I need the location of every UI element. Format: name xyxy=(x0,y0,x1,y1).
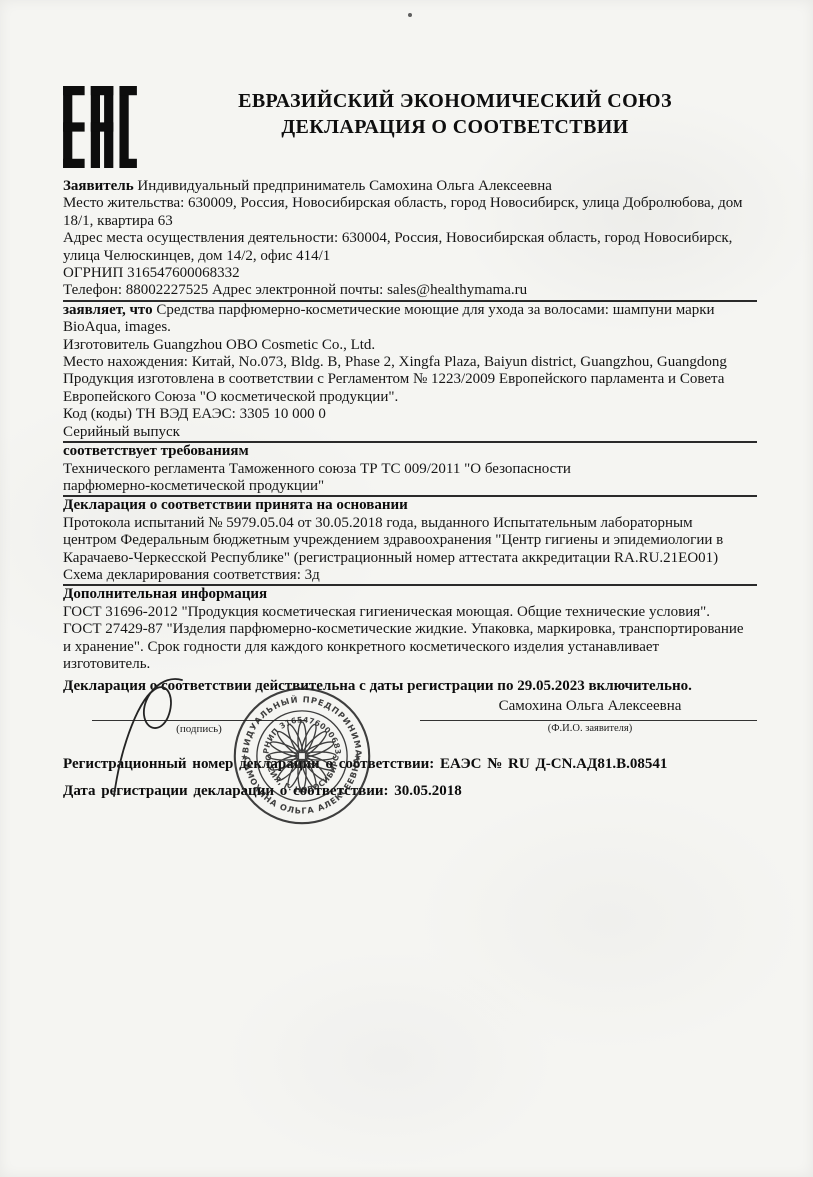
stamp-star-left-icon: ★ xyxy=(241,753,249,763)
round-stamp: ИНДИВИДУАЛЬНЫЙ ПРЕДПРИНИМАТЕЛЬ САМОХИНА … xyxy=(230,684,374,828)
basis-label: Декларация о соответствии принята на осн… xyxy=(63,497,757,514)
applicant-section: Заявитель Индивидуальный предприниматель… xyxy=(63,178,757,300)
compliance-label: соответствует требованиям xyxy=(63,443,757,460)
scan-speck xyxy=(408,13,412,17)
applicant-name-line: Заявитель Индивидуальный предприниматель… xyxy=(63,178,757,195)
compliance-text: Технического регламента Таможенного союз… xyxy=(63,461,757,496)
basis-text: Протокола испытаний № 5979.05.04 от 30.0… xyxy=(63,515,757,567)
fio-line xyxy=(420,720,757,721)
applicant-name: Индивидуальный предприниматель Самохина … xyxy=(137,178,552,194)
applicant-residence: Место жительства: 630009, Россия, Новоси… xyxy=(63,195,757,230)
additional-text: ГОСТ 31696-2012 "Продукция косметическая… xyxy=(63,604,757,674)
basis-section: Декларация о соответствии принята на осн… xyxy=(63,495,757,584)
product-declaration-line: заявляет, что Средства парфюмерно-космет… xyxy=(63,302,757,337)
product-release-type: Серийный выпуск xyxy=(63,424,757,441)
eac-mark-icon xyxy=(63,86,137,168)
basis-scheme: Схема декларирования соответствия: 3д xyxy=(63,567,757,584)
title-union-name: ЕВРАЗИЙСКИЙ ЭКОНОМИЧЕСКИЙ СОЮЗ xyxy=(150,88,760,114)
product-description: Средства парфюмерно-косметические моющие… xyxy=(63,302,715,335)
stamp-flower-icon xyxy=(268,722,336,790)
applicant-ogrnip: ОГРНИП 316547600068332 xyxy=(63,265,757,282)
declares-label: заявляет, что xyxy=(63,302,153,318)
applicant-contacts: Телефон: 88002227525 Адрес электронной п… xyxy=(63,282,757,299)
product-regulation: Продукция изготовлена в соответствии с Р… xyxy=(63,371,757,406)
product-section: заявляет, что Средства парфюмерно-космет… xyxy=(63,300,757,441)
fio-caption: (Ф.И.О. заявителя) xyxy=(430,723,750,734)
title-declaration: ДЕКЛАРАЦИЯ О СООТВЕТСТВИИ xyxy=(150,114,760,140)
document-body: Заявитель Индивидуальный предприниматель… xyxy=(63,178,757,696)
applicant-activity-address: Адрес места осуществления деятельности: … xyxy=(63,230,757,265)
applicant-fio: Самохина Ольга Алексеевна xyxy=(425,698,755,715)
product-location: Место нахождения: Китай, No.073, Bldg. B… xyxy=(63,354,757,371)
stamp-star-right-icon: ★ xyxy=(354,753,362,763)
document-title: ЕВРАЗИЙСКИЙ ЭКОНОМИЧЕСКИЙ СОЮЗ ДЕКЛАРАЦИ… xyxy=(150,88,760,140)
product-manufacturer: Изготовитель Guangzhou OBO Cosmetic Co.,… xyxy=(63,337,757,354)
declaration-document-page: ЕВРАЗИЙСКИЙ ЭКОНОМИЧЕСКИЙ СОЮЗ ДЕКЛАРАЦИ… xyxy=(0,0,813,1177)
additional-label: Дополнительная информация xyxy=(63,586,757,603)
handwritten-signature xyxy=(104,674,219,799)
applicant-label: Заявитель xyxy=(63,178,134,194)
product-tnved-code: Код (коды) ТН ВЭД ЕАЭС: 3305 10 000 0 xyxy=(63,406,757,423)
compliance-section: соответствует требованиям Технического р… xyxy=(63,441,757,495)
additional-info-section: Дополнительная информация ГОСТ 31696-201… xyxy=(63,584,757,673)
